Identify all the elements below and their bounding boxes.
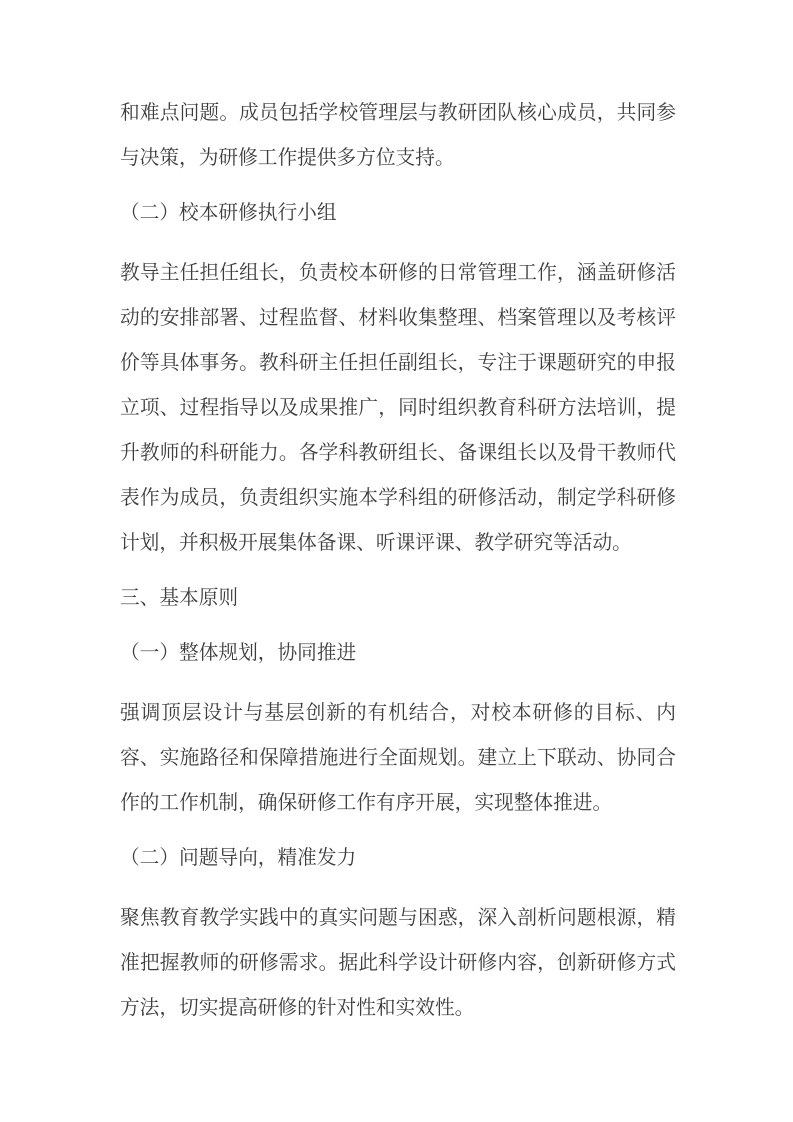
heading-overall-planning: （一）整体规划，协同推进 — [120, 631, 676, 676]
heading-basic-principles: 三、基本原则 — [120, 576, 676, 621]
paragraph-leadership-members: 和难点问题。成员包括学校管理层与教研团队核心成员，共同参与决策，为研修工作提供多… — [120, 91, 676, 181]
heading-execution-group: （二）校本研修执行小组 — [120, 191, 676, 236]
heading-problem-oriented: （二）问题导向，精准发力 — [120, 836, 676, 881]
document-page: 和难点问题。成员包括学校管理层与教研团队核心成员，共同参与决策，为研修工作提供多… — [0, 0, 793, 1122]
paragraph-overall-planning-detail: 强调顶层设计与基层创新的有机结合，对校本研修的目标、内容、实施路径和保障措施进行… — [120, 691, 676, 826]
paragraph-execution-group-duties: 教导主任担任组长，负责校本研修的日常管理工作，涵盖研修活动的安排部署、过程监督、… — [120, 251, 676, 566]
paragraph-problem-oriented-detail: 聚焦教育教学实践中的真实问题与困惑，深入剖析问题根源，精准把握教师的研修需求。据… — [120, 896, 676, 1031]
